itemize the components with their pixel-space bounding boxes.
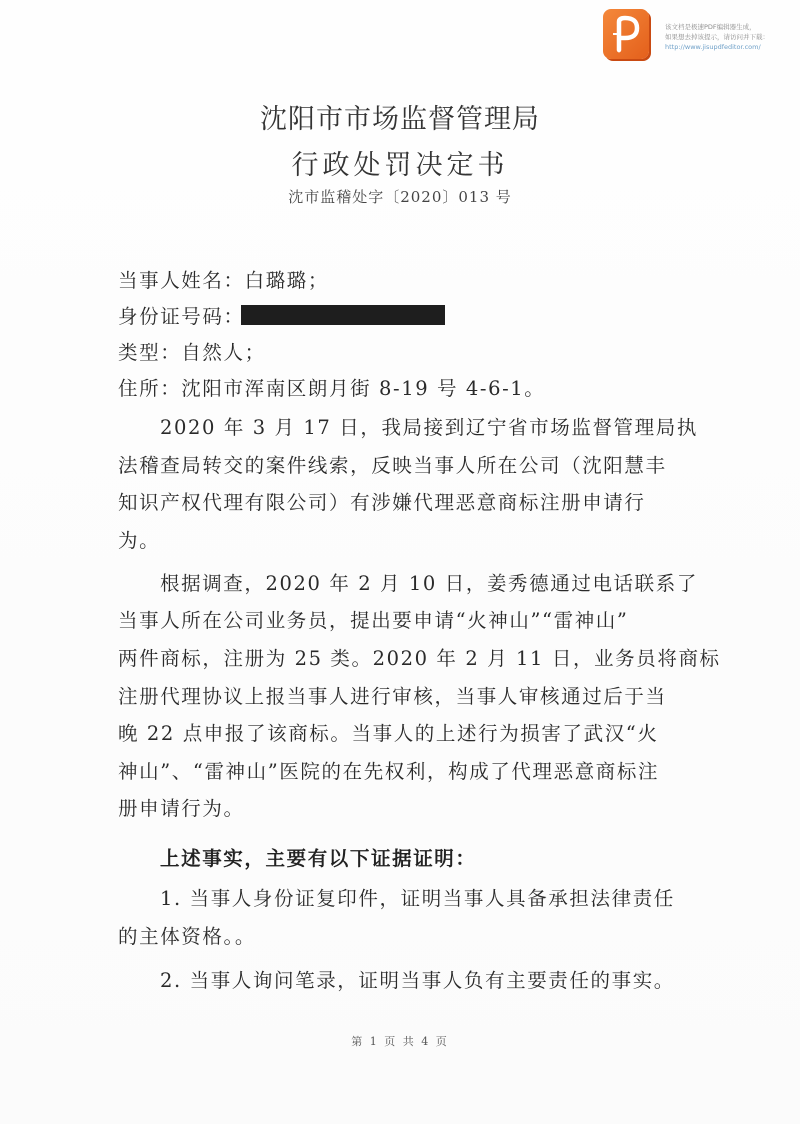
paragraph-1-line: 知识产权代理有限公司）有涉嫌代理恶意商标注册申请行 — [118, 490, 678, 516]
paragraph-1-line: 法稽查局转交的案件线索，反映当事人所在公司（沈阳慧丰 — [118, 453, 678, 479]
evidence-item-1-continued: 的主体资格。。 — [118, 924, 678, 950]
evidence-item-2: 2. 当事人询问笔录，证明当事人负有主要责任的事实。 — [160, 968, 720, 994]
evidence-item-1: 1. 当事人身份证复印件，证明当事人具备承担法律责任 — [160, 886, 720, 912]
party-address: 住所：沈阳市浑南区朗月街 8-19 号 4-6-1。 — [118, 376, 678, 402]
watermark-url-link[interactable]: http://www.jisupdfeditor.com/ — [665, 42, 769, 52]
page-indicator: 第 1 页 共 4 页 — [0, 1033, 800, 1049]
paragraph-2-line: 根据调查，2020 年 2 月 10 日，姜秀德通过电话联系了 — [160, 571, 720, 597]
watermark: 该文档是极速PDF编辑器生成， 如果想去掉该提示，请访问并下载： http://… — [603, 9, 769, 59]
document-type-title: 行政处罚决定书 — [0, 143, 800, 182]
watermark-line-2: 如果想去掉该提示，请访问并下载： — [665, 32, 769, 42]
paragraph-1-line: 2020 年 3 月 17 日，我局接到辽宁省市场监督管理局执 — [160, 415, 720, 441]
paragraph-2-line: 注册代理协议上报当事人进行审核，当事人审核通过后于当 — [118, 684, 678, 710]
party-type: 类型：自然人； — [118, 340, 678, 366]
id-number-redaction — [241, 305, 445, 325]
agency-title: 沈阳市市场监督管理局 — [0, 97, 800, 136]
paragraph-2-line: 神山”、“雷神山”医院的在先权利，构成了代理恶意商标注 — [118, 759, 678, 785]
paragraph-2-line: 当事人所在公司业务员，提出要申请“火神山”“雷神山” — [118, 608, 678, 634]
evidence-heading: 上述事实，主要有以下证据证明： — [160, 846, 720, 872]
party-name: 当事人姓名：白璐璐； — [118, 268, 678, 294]
pdf-editor-logo-icon — [603, 9, 649, 59]
paragraph-1-line: 为。 — [118, 528, 678, 554]
watermark-line-1: 该文档是极速PDF编辑器生成， — [665, 22, 769, 32]
paragraph-2-line: 晚 22 点申报了该商标。当事人的上述行为损害了武汉“火 — [118, 721, 678, 747]
paragraph-2-line: 册申请行为。 — [118, 796, 678, 822]
paragraph-2-line: 两件商标，注册为 25 类。2020 年 2 月 11 日，业务员将商标 — [118, 646, 678, 672]
document-page: 该文档是极速PDF编辑器生成， 如果想去掉该提示，请访问并下载： http://… — [0, 0, 800, 1124]
watermark-text: 该文档是极速PDF编辑器生成， 如果想去掉该提示，请访问并下载： http://… — [665, 22, 769, 52]
document-number: 沈市监稽处字〔2020〕013 号 — [0, 186, 800, 207]
